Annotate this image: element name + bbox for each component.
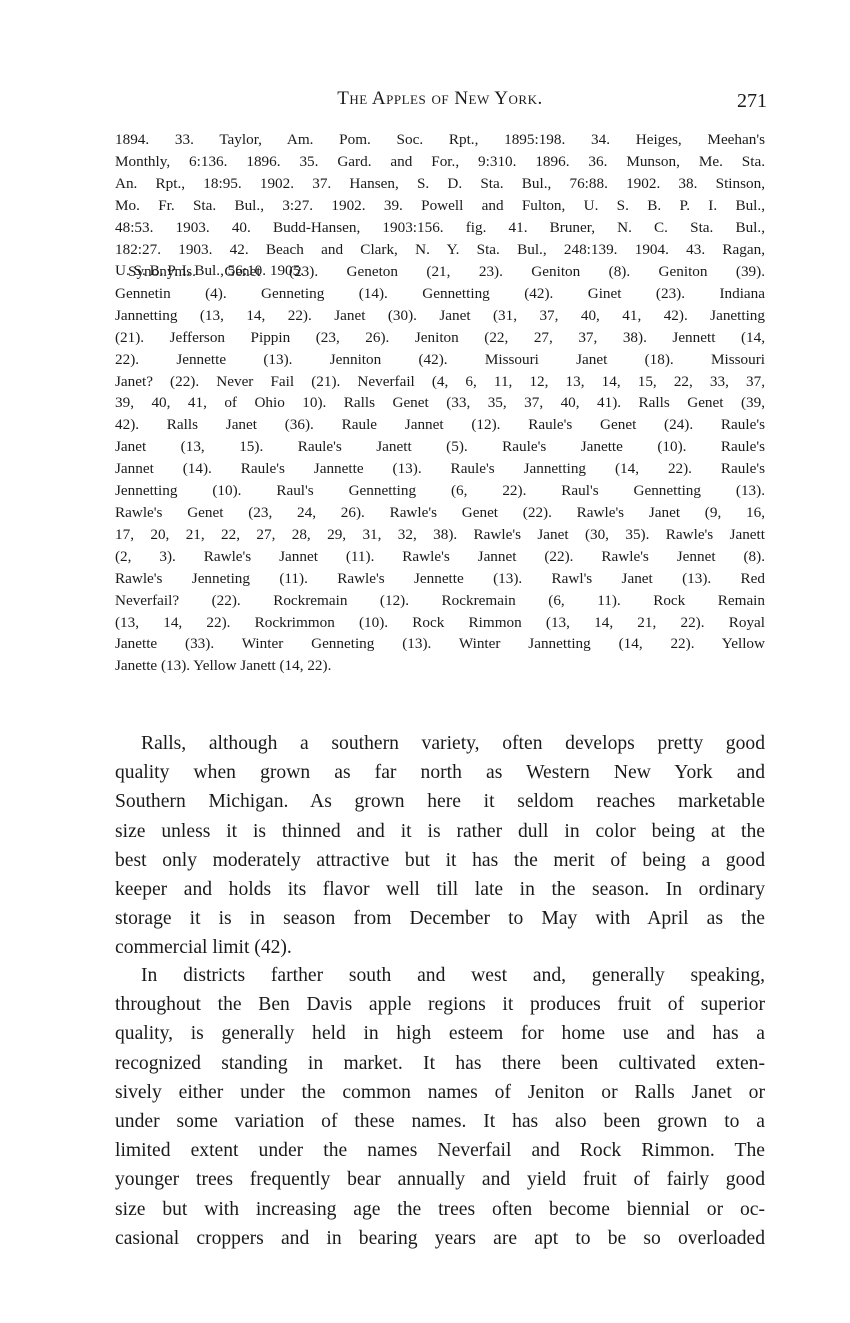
paragraph-line: limited extent under the names Neverfail… bbox=[115, 1136, 765, 1165]
paragraph-line: storage it is in season from December to… bbox=[115, 904, 765, 933]
paragraph-line: under some variation of these names. It … bbox=[115, 1107, 765, 1136]
synonyms-line: Janette (33). Winter Genneting (13). Win… bbox=[115, 633, 765, 655]
paragraph-line: size but with increasing age the trees o… bbox=[115, 1195, 765, 1224]
paragraph-line: younger trees frequently bear annually a… bbox=[115, 1165, 765, 1194]
synonyms-line: Gennetin (4). Genneting (14). Gennetting… bbox=[115, 283, 765, 305]
page-number: 271 bbox=[737, 90, 767, 113]
synonyms-block: Synonyms. Genet (23). Geneton (21, 23). … bbox=[115, 261, 765, 677]
paragraph-line: In districts farther south and west and,… bbox=[115, 961, 765, 990]
paragraph-line: Ralls, although a southern variety, ofte… bbox=[115, 729, 765, 758]
paragraph-line: sively either under the common names of … bbox=[115, 1078, 765, 1107]
synonyms-line: 39, 40, 41, of Ohio 10). Ralls Genet (33… bbox=[115, 392, 765, 414]
synonyms-line: 17, 20, 21, 22, 27, 28, 29, 31, 32, 38).… bbox=[115, 524, 765, 546]
synonyms-line: (21). Jefferson Pippin (23, 26). Jeniton… bbox=[115, 327, 765, 349]
paragraph-line: casional croppers and in bearing years a… bbox=[115, 1224, 765, 1253]
reference-line: 182:27. 1903. 42. Beach and Clark, N. Y.… bbox=[115, 239, 765, 261]
reference-line: An. Rpt., 18:95. 1902. 37. Hansen, S. D.… bbox=[115, 173, 765, 195]
paragraph-ralls-quality: Ralls, although a southern variety, ofte… bbox=[115, 729, 765, 963]
paragraph-line: throughout the Ben Davis apple regions i… bbox=[115, 990, 765, 1019]
paragraph-line: best only moderately attractive but it h… bbox=[115, 846, 765, 875]
synonyms-line: Janet (13, 15). Raule's Janett (5). Raul… bbox=[115, 436, 765, 458]
reference-line: Mo. Fr. Sta. Bul., 3:27. 1902. 39. Powel… bbox=[115, 195, 765, 217]
paragraph-line: quality, is generally held in high estee… bbox=[115, 1019, 765, 1048]
synonyms-line: 42). Ralls Janet (36). Raule Jannet (12)… bbox=[115, 414, 765, 436]
synonyms-line: (13, 14, 22). Rockrimmon (10). Rock Rimm… bbox=[115, 612, 765, 634]
synonyms-line: Jannet (14). Raule's Jannette (13). Raul… bbox=[115, 458, 765, 480]
reference-line: Monthly, 6:136. 1896. 35. Gard. and For.… bbox=[115, 151, 765, 173]
synonyms-line: Rawle's Jenneting (11). Rawle's Jennette… bbox=[115, 568, 765, 590]
running-title: The Apples of New York. bbox=[115, 88, 765, 110]
paragraph-line: quality when grown as far north as Weste… bbox=[115, 758, 765, 787]
paragraph-line: keeper and holds its flavor well till la… bbox=[115, 875, 765, 904]
book-page: The Apples of New York. 271 1894. 33. Ta… bbox=[0, 0, 850, 1323]
synonyms-line: 22). Jennette (13). Jenniton (42). Misso… bbox=[115, 349, 765, 371]
synonyms-line: Jennetting (10). Raul's Gennetting (6, 2… bbox=[115, 480, 765, 502]
references-block: 1894. 33. Taylor, Am. Pom. Soc. Rpt., 18… bbox=[115, 129, 765, 282]
page-header: The Apples of New York. 271 bbox=[115, 88, 765, 118]
paragraph-line: Southern Michigan. As grown here it seld… bbox=[115, 787, 765, 816]
paragraph-southern-districts: In districts farther south and west and,… bbox=[115, 961, 765, 1253]
synonyms-line: Janet? (22). Never Fail (21). Neverfail … bbox=[115, 371, 765, 393]
reference-line: 48:53. 1903. 40. Budd-Hansen, 1903:156. … bbox=[115, 217, 765, 239]
paragraph-line: size unless it is thinned and it is rath… bbox=[115, 817, 765, 846]
synonyms-line: Rawle's Genet (23, 24, 26). Rawle's Gene… bbox=[115, 502, 765, 524]
reference-line: 1894. 33. Taylor, Am. Pom. Soc. Rpt., 18… bbox=[115, 129, 765, 151]
synonyms-line: (2, 3). Rawle's Jannet (11). Rawle's Jan… bbox=[115, 546, 765, 568]
synonyms-line: Neverfail? (22). Rockremain (12). Rockre… bbox=[115, 590, 765, 612]
paragraph-line: commercial limit (42). bbox=[115, 933, 765, 962]
synonyms-line: Synonyms. Genet (23). Geneton (21, 23). … bbox=[115, 261, 765, 283]
synonyms-line: Janette (13). Yellow Janett (14, 22). bbox=[115, 655, 765, 677]
synonyms-line: Jannetting (13, 14, 22). Janet (30). Jan… bbox=[115, 305, 765, 327]
paragraph-line: recognized standing in market. It has th… bbox=[115, 1049, 765, 1078]
